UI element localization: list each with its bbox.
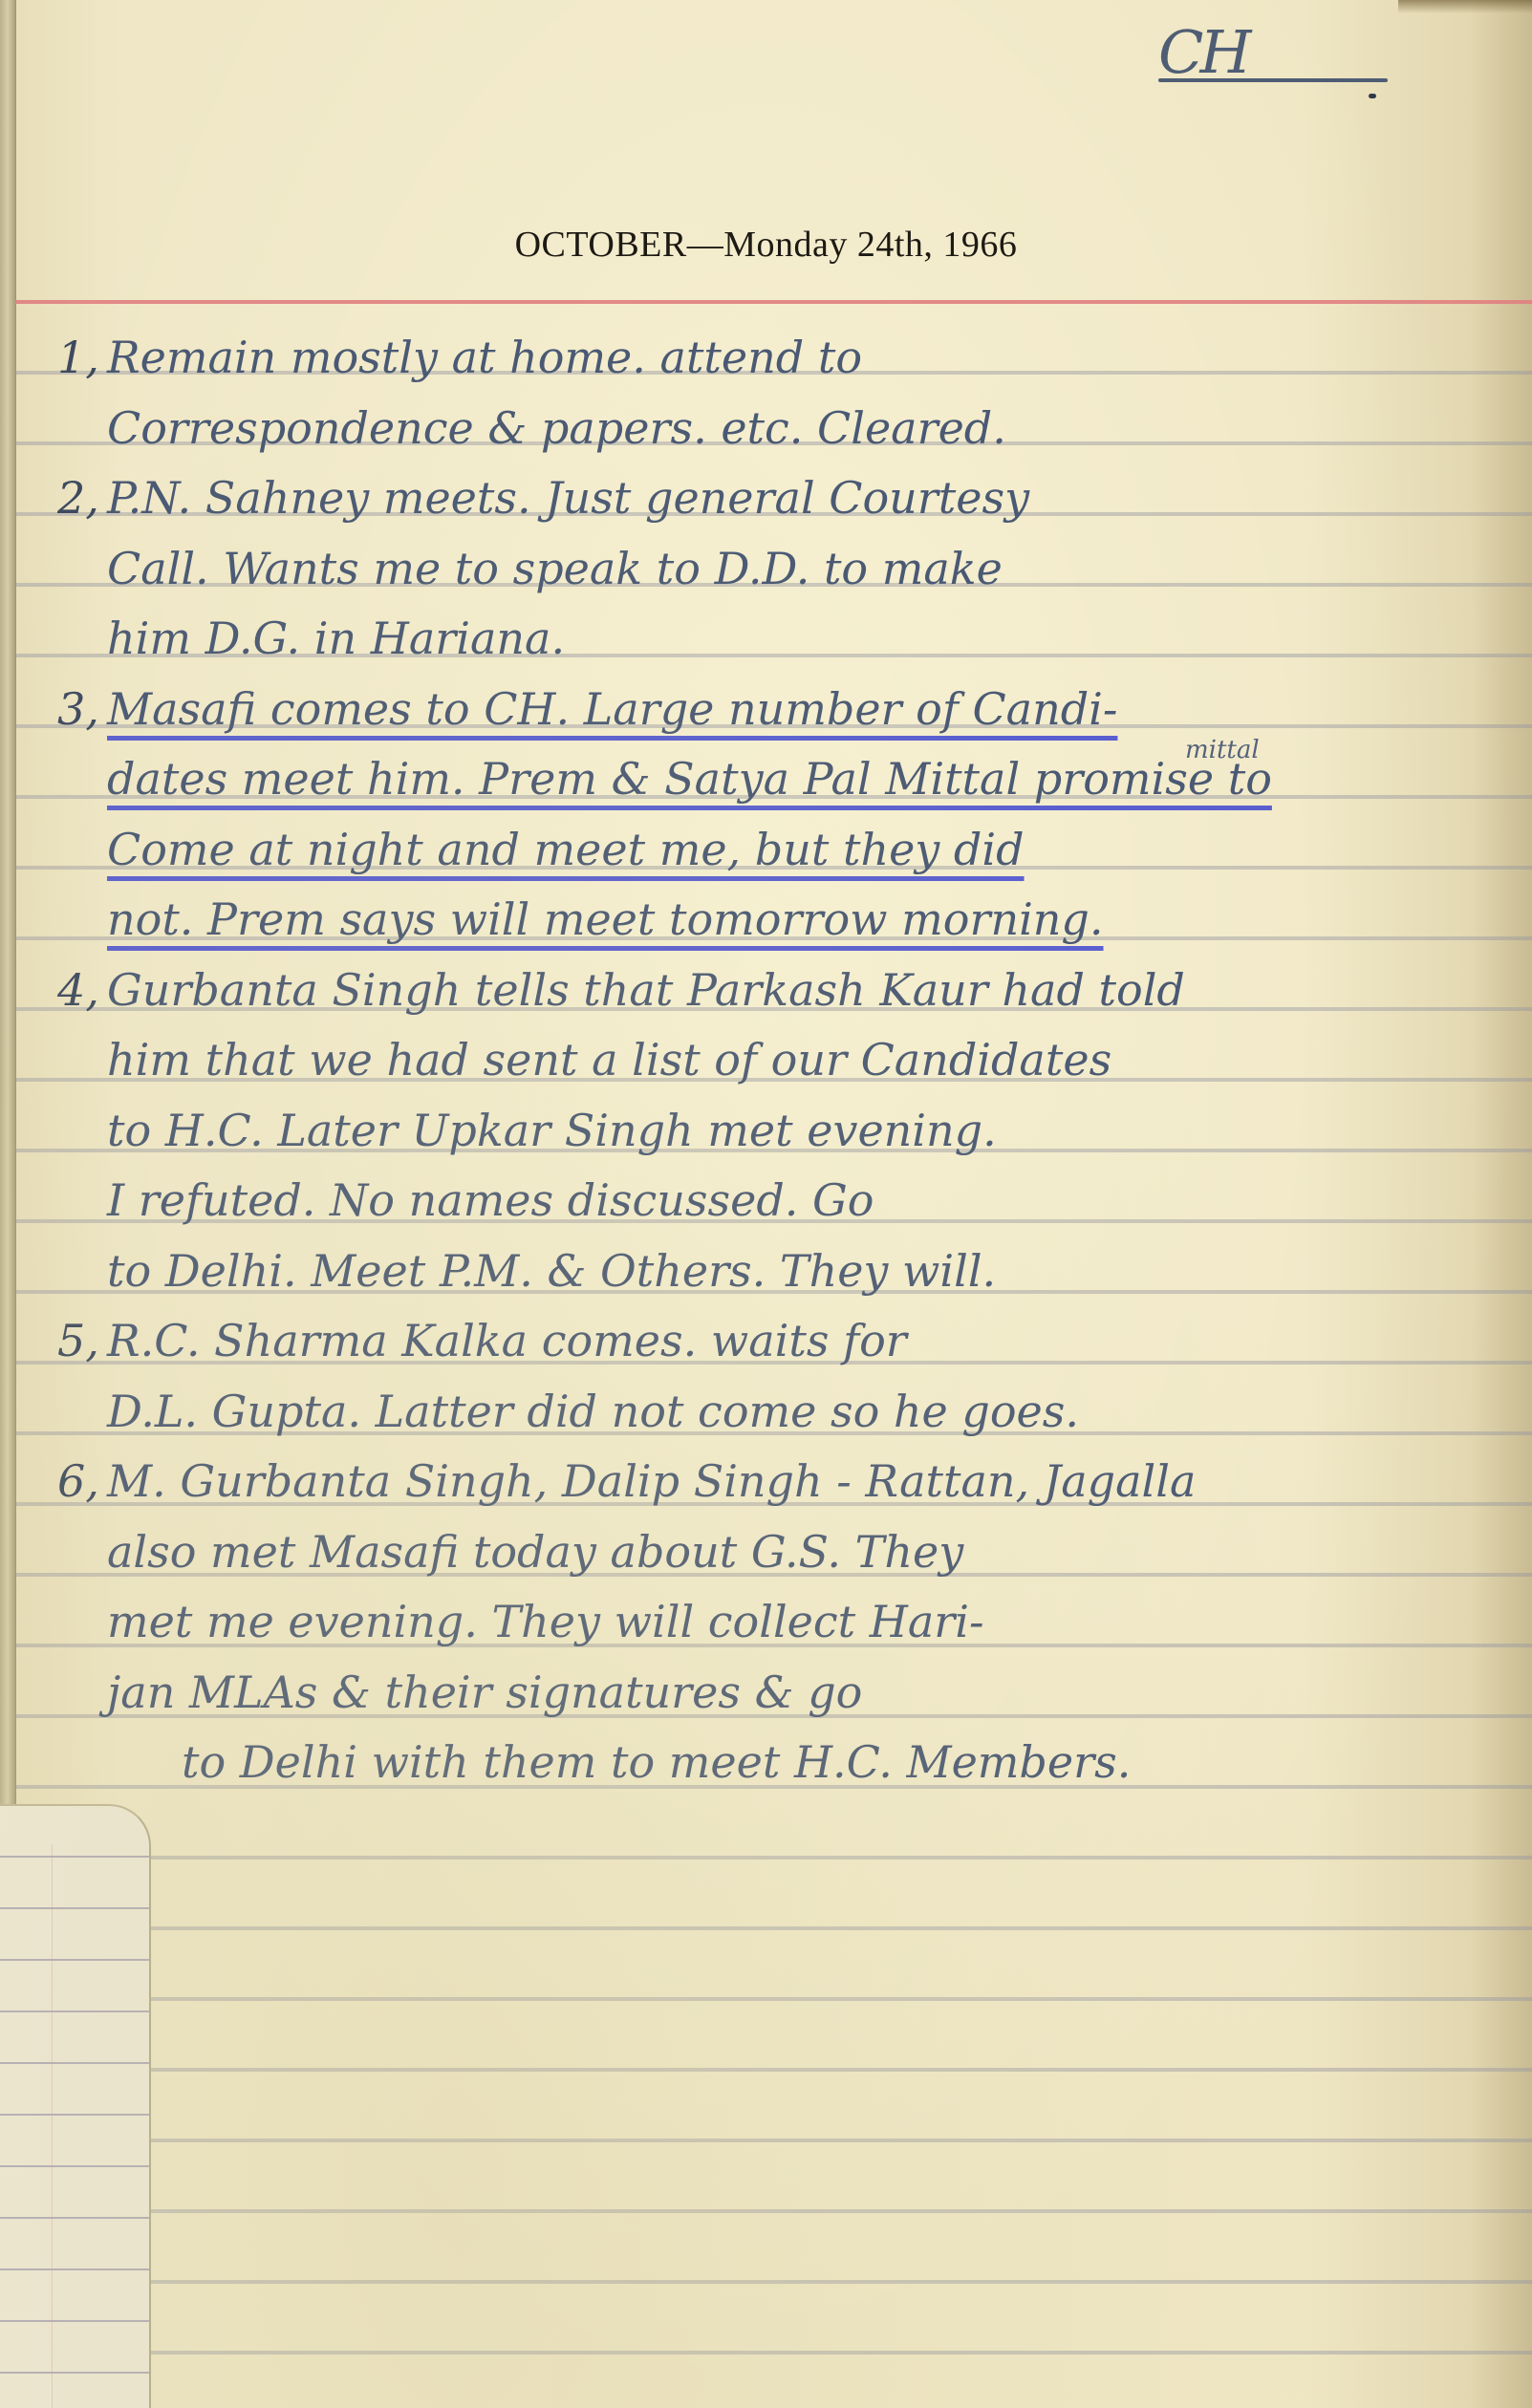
handwritten-text-underlined: dates meet him. Prem & Satya Pal Mittal … [107, 753, 1272, 805]
entry-4-line-4: I refuted. No names discussed. Go [57, 1172, 1491, 1242]
entry-3-line-4: not. Prem says will meet tomorrow mornin… [57, 891, 1491, 961]
handwritten-text: Remain mostly at home. attend to [107, 332, 862, 383]
entry-6-line-2: also met Masafi today about G.S. They [57, 1523, 1491, 1594]
handwritten-text: D.L. Gupta. Latter did not come so he go… [107, 1386, 1079, 1437]
handwritten-text: M. Gurbanta Singh, Dalip Singh - Rattan,… [107, 1455, 1196, 1507]
handwritten-text: Correspondence & papers. etc. Cleared. [107, 402, 1006, 454]
ink-dot [1369, 94, 1376, 98]
entry-number: 2, [57, 469, 107, 527]
handwritten-text: P.N. Sahney meets. Just general Courtesy [107, 472, 1029, 524]
initials-underline [1158, 78, 1388, 82]
handwritten-text: Call. Wants me to speak to D.D. to make [107, 543, 1003, 594]
handwritten-text: jan MLAs & their signatures & go [107, 1666, 862, 1718]
entry-2-line-1: 2,P.N. Sahney meets. Just general Courte… [57, 469, 1491, 540]
inserted-word: mittal [1185, 721, 1260, 779]
handwritten-text: met me evening. They will collect Hari- [107, 1596, 984, 1647]
entry-number: 1, [57, 329, 107, 386]
handwritten-text: him that we had sent a list of our Candi… [107, 1034, 1111, 1086]
page-index-tab [0, 1804, 151, 2408]
entry-6-line-4: jan MLAs & their signatures & go [57, 1664, 1491, 1734]
handwritten-text: I refuted. No names discussed. Go [107, 1174, 874, 1226]
entry-number: 4, [57, 961, 107, 1019]
handwritten-text: also met Masafi today about G.S. They [107, 1526, 963, 1578]
handwritten-text: to H.C. Later Upkar Singh met evening. [107, 1105, 997, 1156]
entry-5-line-2: D.L. Gupta. Latter did not come so he go… [57, 1383, 1491, 1453]
entry-2-line-2: Call. Wants me to speak to D.D. to make [57, 540, 1491, 611]
entry-6-line-1: 6,M. Gurbanta Singh, Dalip Singh - Ratta… [57, 1452, 1491, 1523]
entry-1-line-1: 1,Remain mostly at home. attend to [57, 329, 1491, 399]
initials-mark: CH [1158, 17, 1248, 87]
entry-3-line-2: dates meet him. Prem & Satya Pal Mittal … [57, 750, 1491, 821]
entry-1-line-2: Correspondence & papers. etc. Cleared. [57, 399, 1491, 470]
page-corner-shadow [1398, 0, 1532, 13]
handwritten-text: R.C. Sharma Kalka comes. waits for [107, 1315, 907, 1366]
entry-number: 5, [57, 1312, 107, 1369]
entry-4-line-1: 4,Gurbanta Singh tells that Parkash Kaur… [57, 961, 1491, 1032]
entry-3-line-1: 3,Masafi comes to CH. Large number of Ca… [57, 680, 1491, 751]
entry-5-line-1: 5,R.C. Sharma Kalka comes. waits for [57, 1312, 1491, 1383]
handwritten-text: to Delhi. Meet P.M. & Others. They will. [107, 1245, 996, 1297]
entry-6-line-3: met me evening. They will collect Hari- [57, 1593, 1491, 1664]
handwritten-text: to Delhi with them to meet H.C. Members. [182, 1736, 1131, 1788]
handwritten-text-underlined: Masafi comes to CH. Large number of Cand… [107, 683, 1117, 735]
handwritten-text-underlined: not. Prem says will meet tomorrow mornin… [107, 893, 1104, 945]
tab-margin-line [52, 1844, 53, 2408]
page-binding-edge [0, 0, 16, 1825]
entry-4-line-5: to Delhi. Meet P.M. & Others. They will. [57, 1242, 1491, 1313]
entry-2-line-3: him D.G. in Hariana. [57, 610, 1491, 680]
entry-3-line-3: Come at night and meet me, but they did [57, 821, 1491, 892]
diary-entries: 1,Remain mostly at home. attend to Corre… [57, 329, 1491, 1804]
page-date-header: OCTOBER—Monday 24th, 1966 [0, 224, 1532, 266]
entry-6-line-5: to Delhi with them to meet H.C. Members. [57, 1733, 1491, 1804]
handwritten-text: him D.G. in Hariana. [107, 613, 565, 664]
entry-number: 6, [57, 1452, 107, 1510]
handwritten-text: Gurbanta Singh tells that Parkash Kaur h… [107, 964, 1185, 1016]
entry-number: 3, [57, 680, 107, 738]
entry-4-line-2: him that we had sent a list of our Candi… [57, 1031, 1491, 1102]
handwritten-text-underlined: Come at night and meet me, but they did [107, 824, 1025, 875]
entry-4-line-3: to H.C. Later Upkar Singh met evening. [57, 1102, 1491, 1172]
